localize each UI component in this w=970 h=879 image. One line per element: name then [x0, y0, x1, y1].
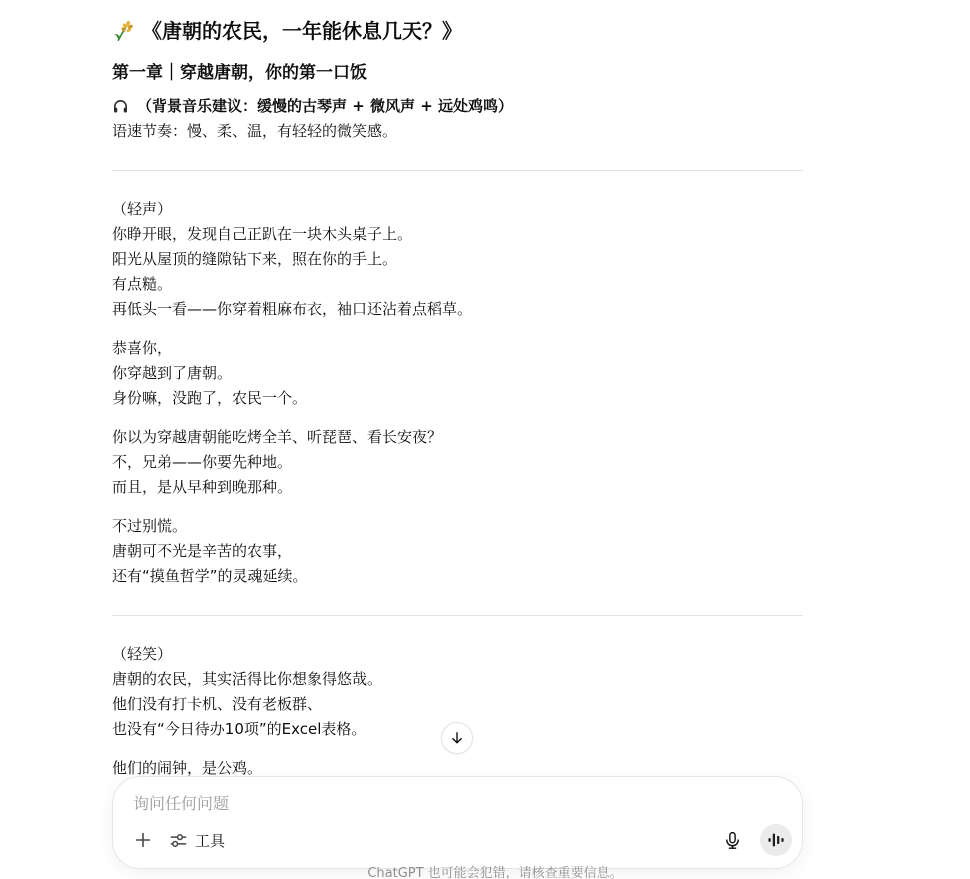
- voice-mode-button[interactable]: [760, 824, 792, 856]
- dictate-button[interactable]: [714, 822, 750, 858]
- paragraph: 不过别慌。唐朝可不光是辛苦的农事，还有“摸鱼哲学”的灵魂延续。: [112, 514, 803, 589]
- attach-button[interactable]: [125, 822, 161, 858]
- tools-label: 工具: [195, 830, 225, 851]
- tools-button[interactable]: 工具: [161, 822, 233, 858]
- story-title-text: 《唐朝的农民，一年能休息几天？》: [142, 16, 462, 46]
- sliders-icon: [169, 831, 188, 850]
- scroll-to-bottom-button[interactable]: [441, 722, 473, 754]
- divider: [112, 170, 803, 171]
- chat-page: 《唐朝的农民，一年能休息几天？》 第一章｜穿越唐朝，你的第一口饭 （背景音乐建议…: [0, 0, 970, 879]
- plus-icon: [132, 829, 154, 851]
- footer-disclaimer: ChatGPT 也可能会犯错，请核查重要信息。: [0, 865, 970, 879]
- paragraph: （轻声）你睁开眼，发现自己正趴在一块木头桌子上。阳光从屋顶的缝隙钻下来，照在你的…: [112, 197, 803, 322]
- assistant-message: 《唐朝的农民，一年能休息几天？》 第一章｜穿越唐朝，你的第一口饭 （背景音乐建议…: [112, 16, 803, 795]
- sheaf-of-rice-icon: [112, 20, 134, 42]
- music-note-text: （背景音乐建议：缓慢的古琴声 + 微风声 + 远处鸡鸣）: [137, 94, 513, 119]
- divider: [112, 615, 803, 616]
- chat-input[interactable]: [133, 792, 782, 818]
- chapter-heading: 第一章｜穿越唐朝，你的第一口饭: [112, 60, 803, 86]
- arrow-down-icon: [448, 729, 466, 747]
- pace-note: 语速节奏：慢、柔、温，有轻轻的微笑感。: [112, 119, 803, 144]
- composer: 工具: [112, 776, 803, 869]
- music-note: （背景音乐建议：缓慢的古琴声 + 微风声 + 远处鸡鸣）: [112, 94, 803, 119]
- headphone-icon: [112, 98, 129, 115]
- paragraph: 恭喜你，你穿越到了唐朝。身份嘛，没跑了，农民一个。: [112, 336, 803, 411]
- composer-toolbar: 工具: [125, 822, 792, 858]
- story-title: 《唐朝的农民，一年能休息几天？》: [112, 16, 803, 46]
- paragraph: 你以为穿越唐朝能吃烤全羊、听琵琶、看长安夜？不，兄弟——你要先种地。而且，是从早…: [112, 425, 803, 500]
- message-body: （轻声）你睁开眼，发现自己正趴在一块木头桌子上。阳光从屋顶的缝隙钻下来，照在你的…: [112, 170, 803, 781]
- microphone-icon: [722, 830, 743, 851]
- voice-waveform-icon: [767, 831, 785, 849]
